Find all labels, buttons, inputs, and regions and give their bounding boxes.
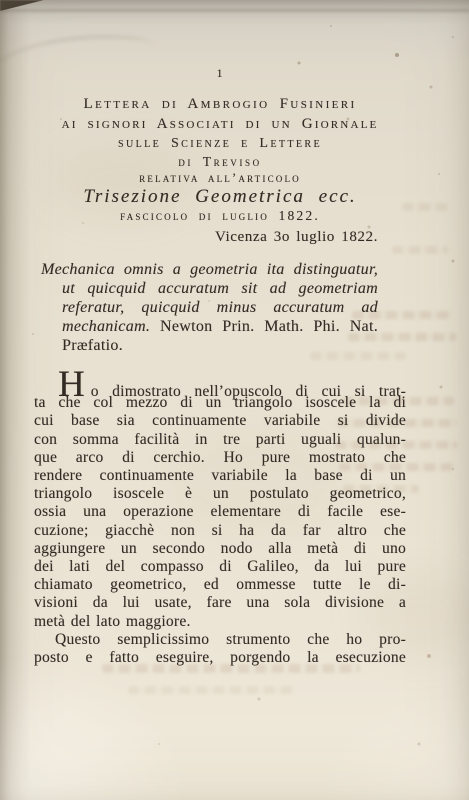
page-number: 1 (34, 66, 406, 80)
heading-line-relativa: relativa all’articolo (34, 170, 406, 186)
paragraph-1: H o dimostrato nell’opuscolo di cui si t… (34, 376, 406, 631)
paragraph-2: Questo semplicissimo strumento che ho pr… (34, 631, 406, 667)
bleedthrough-smudge (128, 686, 296, 694)
epigraph-line: ut quicquid accuratum sit ad geometriam (34, 279, 378, 298)
text-segment: Newton Prin. Math. Phi. Nat. (160, 318, 378, 335)
text-segment: mechanicam. (62, 318, 160, 335)
epigraph-line: Præfatio. (34, 336, 378, 355)
book-page-photo: 1 Lettera di Ambrogio Fusinieri ai signo… (0, 0, 469, 800)
epigraph-quote: Mechanica omnis a geometria ita distingu… (34, 260, 406, 355)
epigraph-line: Mechanica omnis a geometria ita distingu… (34, 260, 378, 279)
heading-line-lettera: Lettera di Ambrogio Fusinieri (34, 94, 406, 114)
bleedthrough-smudge (402, 203, 448, 211)
heading-line-treviso: di Treviso (34, 154, 406, 170)
heading-line-scienze: sulle Scienze e Lettere (34, 134, 406, 154)
foxing-specks (0, 0, 2, 2)
epigraph-line: mechanicam. Newton Prin. Math. Phi. Nat. (34, 317, 378, 336)
article-title: Trisezione Geometrica ecc. (34, 186, 406, 207)
epigraph-line: referatur, quicquid minus accuratum ad (34, 298, 378, 317)
letter-heading: Lettera di Ambrogio Fusinieri ai signori… (34, 94, 406, 225)
text-line: chiamato geometrico, ed ommesse tutte le… (34, 576, 406, 594)
dateline: Vicenza 3o luglio 1822. (34, 228, 406, 246)
text-line: aggiungere un secondo nodo alla metà di … (34, 540, 406, 558)
drop-cap: H (34, 376, 91, 394)
printed-text-column: 1 Lettera di Ambrogio Fusinieri ai signo… (34, 0, 406, 667)
paragraph-first-line: H o dimostrato nell’opuscolo di cui si t… (34, 376, 406, 394)
text-line: triangolo isoscele è un postulato geomet… (34, 485, 406, 503)
text-line: ta che col mezzo di un triangolo isoscel… (34, 394, 406, 412)
text-line: dei lati del compasso di Galileo, da lui… (34, 558, 406, 576)
text-line: rendere continuamente variabile la base … (34, 467, 406, 485)
text-segment: Præfatio. (62, 337, 123, 354)
paragraph-1-lines: ta che col mezzo di un triangolo isoscel… (34, 394, 406, 631)
heading-line-associati: ai signori Associati di un Giornale (34, 114, 406, 134)
text-line: con somma facilità in tre parti uguali q… (34, 431, 406, 449)
heading-line-fascicolo: fascicolo di luglio 1822. (34, 207, 406, 225)
text-line: metà del lato maggiore. (34, 613, 406, 631)
body-text: H o dimostrato nell’opuscolo di cui si t… (34, 376, 406, 667)
text-line: cuzione; giacchè non si ha da far altro … (34, 522, 406, 540)
text-line: Questo semplicissimo strumento che ho pr… (34, 631, 406, 649)
text-line: ossia una operazione elementare di facil… (34, 503, 406, 521)
text-line: cui base sia continuamente variabile si … (34, 412, 406, 430)
text-line: posto e fatto eseguire, porgendo la esec… (34, 649, 406, 667)
text-line: que arco di cerchio. Ho pure mostrato ch… (34, 449, 406, 467)
text-line: visioni da lui usate, fare una sola divi… (34, 594, 406, 612)
